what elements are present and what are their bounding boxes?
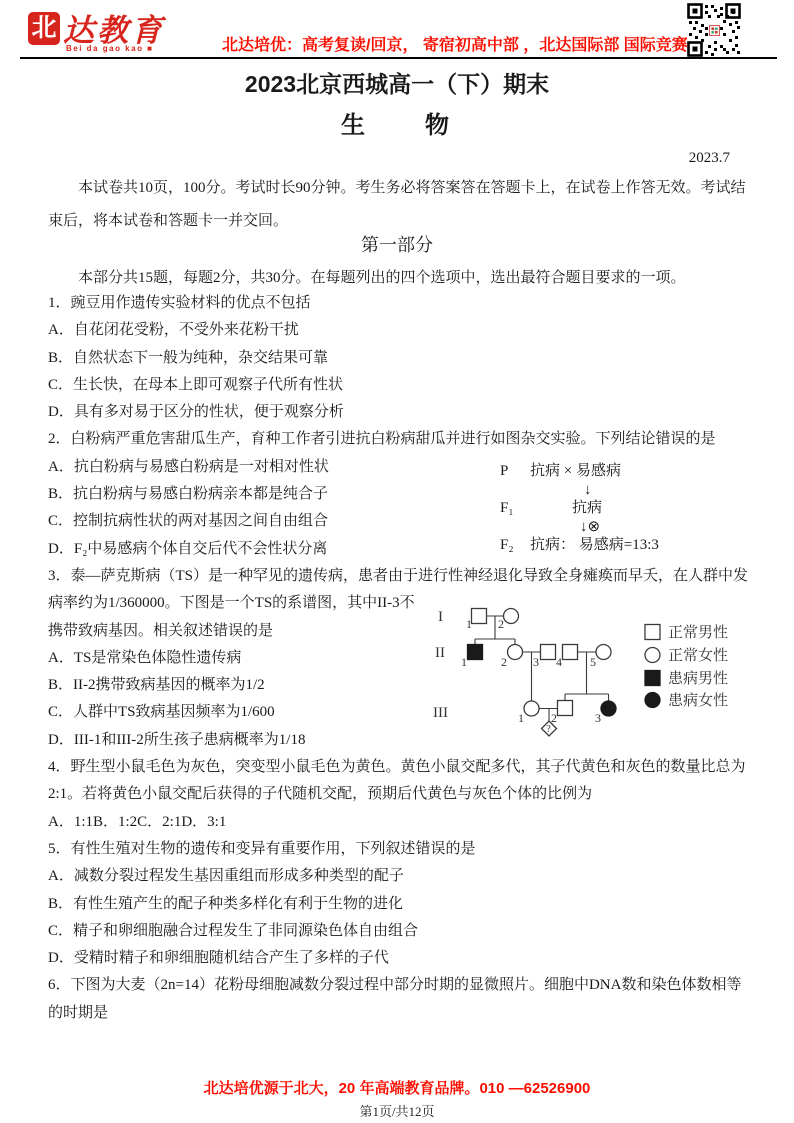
legend-normal-female-label: 正常女性 bbox=[668, 647, 728, 664]
pedigree-II-5-number: 5 bbox=[590, 655, 596, 669]
q1-option-c: C．生长快，在母本上即可观察子代所有性状 bbox=[48, 372, 788, 399]
pedigree-II-3-number: 3 bbox=[533, 655, 539, 669]
brand-logo-subtext: Bei da gao kao ■ bbox=[66, 44, 154, 53]
q1-option-b: B．自然状态下一般为纯种，杂交结果可靠 bbox=[48, 345, 788, 372]
pedigree-gen-label-2: II bbox=[435, 645, 445, 661]
pedigree-II-4-male bbox=[563, 645, 578, 660]
cross-f2-text: 抗病： 易感病=13:3 bbox=[530, 537, 659, 553]
brand-logo-badge: 北 bbox=[28, 12, 60, 45]
legend-affected-male-icon bbox=[645, 671, 660, 686]
legend-affected-female-label: 患病女性 bbox=[668, 691, 728, 709]
header-divider bbox=[20, 57, 777, 59]
q6-stem-line-2: 的时期是 bbox=[48, 1000, 788, 1027]
pedigree-chart: I II III 1 bbox=[430, 595, 794, 760]
pedigree-III-3-number: 3 bbox=[595, 711, 601, 725]
cross-f2-label: F₂ bbox=[500, 536, 530, 555]
section-intro: 本部分共15题，每题2分，共30分。在每题列出的四个选项中，选出最符合题目要求的… bbox=[48, 265, 754, 292]
section-heading: 第一部分 bbox=[0, 232, 794, 259]
header-slogan: 北达培优：高考复读/回京， 寄宿初高中部 ，北达国际部 国际竞赛部 bbox=[222, 32, 704, 55]
cross-f1-label: F₁ bbox=[500, 499, 530, 518]
pedigree-unknown-child-mark: ? bbox=[546, 724, 551, 735]
q2-option-d: D．F₂中易感病个体自交后代不会性状分离 bbox=[48, 536, 788, 563]
legend-affected-male-label: 患病男性 bbox=[668, 669, 728, 687]
q1-option-d: D．具有多对易于区分的性状，便于观察分析 bbox=[48, 399, 788, 426]
q2-option-c: C．控制抗病性状的两对基因之间自由组合 bbox=[48, 508, 788, 535]
cross-selfing-icon: ↓⊗ bbox=[530, 518, 600, 537]
pedigree-III-2-male bbox=[558, 701, 573, 716]
cross-arrow-icon: ↓ bbox=[530, 481, 592, 500]
q2-option-b: B．抗白粉病与易感白粉病亲本都是纯合子 bbox=[48, 481, 788, 508]
q5-option-c: C．精子和卵细胞融合过程发生了非同源染色体自由组合 bbox=[48, 918, 788, 945]
pedigree-II-1-number: 1 bbox=[461, 655, 467, 669]
pedigree-II-4-number: 4 bbox=[556, 655, 562, 669]
pedigree-I-1-number: 1 bbox=[466, 617, 472, 631]
exam-notice: 本试卷共10页，100分。考试时长90分钟。考生务必将答案答在答题卡上，在试卷上… bbox=[48, 172, 750, 238]
q5-option-d: D．受精时精子和卵细胞随机结合产生了多样的子代 bbox=[48, 945, 788, 972]
q2-option-a: A．抗白粉病与易感白粉病是一对相对性状 bbox=[48, 454, 788, 481]
legend-normal-female-icon bbox=[645, 648, 660, 663]
cross-p-text: 抗病 × 易感病 bbox=[530, 463, 621, 479]
qr-code-icon bbox=[687, 3, 741, 57]
q6-stem-line-1: 6．下图为大麦（2n=14）花粉母细胞减数分裂过程中部分时期的显微照片。细胞中D… bbox=[48, 972, 788, 999]
pedigree-II-3-male bbox=[541, 645, 556, 660]
q1-option-a: A．自花闭花受粉，不受外来花粉干扰 bbox=[48, 317, 788, 344]
footer-slogan: 北达培优源于北大，20 年高端教育品牌。010 —62526900 bbox=[0, 1077, 794, 1098]
cross-f1-text: 抗病 bbox=[530, 499, 602, 518]
legend-normal-male-icon bbox=[645, 625, 660, 640]
cross-diagram: P抗病 × 易感病 ↓ F₁抗病 ↓⊗ F₂抗病： 易感病=13:3 bbox=[500, 462, 659, 555]
exam-page: 北 达教育 Bei da gao kao ■ 北达培优：高考复读/回京， 寄宿初… bbox=[0, 0, 794, 1123]
pedigree-legend: 正常男性 正常女性 患病男性 患病女性 bbox=[645, 624, 728, 709]
q1-stem: 1．豌豆用作遗传实验材料的优点不包括 bbox=[48, 290, 788, 317]
page-number: 第1页/共12页 bbox=[0, 1101, 794, 1120]
subject-title: 生 物 bbox=[0, 105, 794, 140]
pedigree-III-1-female bbox=[524, 701, 539, 716]
pedigree-lines bbox=[475, 616, 609, 721]
pedigree-II-2-number: 2 bbox=[501, 655, 507, 669]
q5-option-a: A．减数分裂过程发生基因重组而形成多种类型的配子 bbox=[48, 863, 788, 890]
notice-line-1: 本试卷共10页，100分。考试时长90分钟。考生务必将答案答在答题卡上，在试卷上… bbox=[48, 172, 750, 205]
pedigree-gen-label-3: III bbox=[433, 705, 448, 721]
pedigree-II-5-female bbox=[596, 645, 611, 660]
pedigree-III-3-affected-female bbox=[601, 701, 616, 716]
pedigree-II-2-female bbox=[508, 645, 523, 660]
q4-stem-line-2: 2:1。若将黄色小鼠交配后获得的子代随机交配，预期后代黄色与灰色个体的比例为 bbox=[48, 781, 788, 808]
q2-stem: 2．白粉病严重危害甜瓜生产，育种工作者引进抗白粉病甜瓜并进行如图杂交实验。下列结… bbox=[48, 426, 788, 453]
pedigree-III-1-number: 1 bbox=[518, 711, 524, 725]
exam-date: 2023.7 bbox=[689, 150, 730, 167]
pedigree-III-2-number: 2 bbox=[551, 711, 557, 725]
pedigree-II-1-affected-male bbox=[468, 645, 483, 660]
q5-option-b: B．有性生殖产生的配子种类多样化有利于生物的进化 bbox=[48, 891, 788, 918]
q3-stem-line-1: 3．泰—萨克斯病（TS）是一种罕见的遗传病，患者由于进行性神经退化导致全身瘫痪而… bbox=[48, 563, 788, 590]
q5-stem: 5．有性生殖对生物的遗传和变异有重要作用，下列叙述错误的是 bbox=[48, 836, 788, 863]
legend-normal-male-label: 正常男性 bbox=[668, 624, 728, 641]
pedigree-I-2-number: 2 bbox=[498, 617, 504, 631]
cross-p-label: P bbox=[500, 462, 530, 481]
pedigree-gen-label-1: I bbox=[438, 609, 443, 625]
page-title: 2023北京西城高一（下）期末 bbox=[0, 66, 794, 99]
pedigree-I-2-female bbox=[504, 609, 519, 624]
q4-options-line: A．1:1B．1:2C．2:1D．3:1 bbox=[48, 809, 788, 836]
pedigree-I-1-male bbox=[472, 609, 487, 624]
legend-affected-female-icon bbox=[645, 693, 660, 708]
